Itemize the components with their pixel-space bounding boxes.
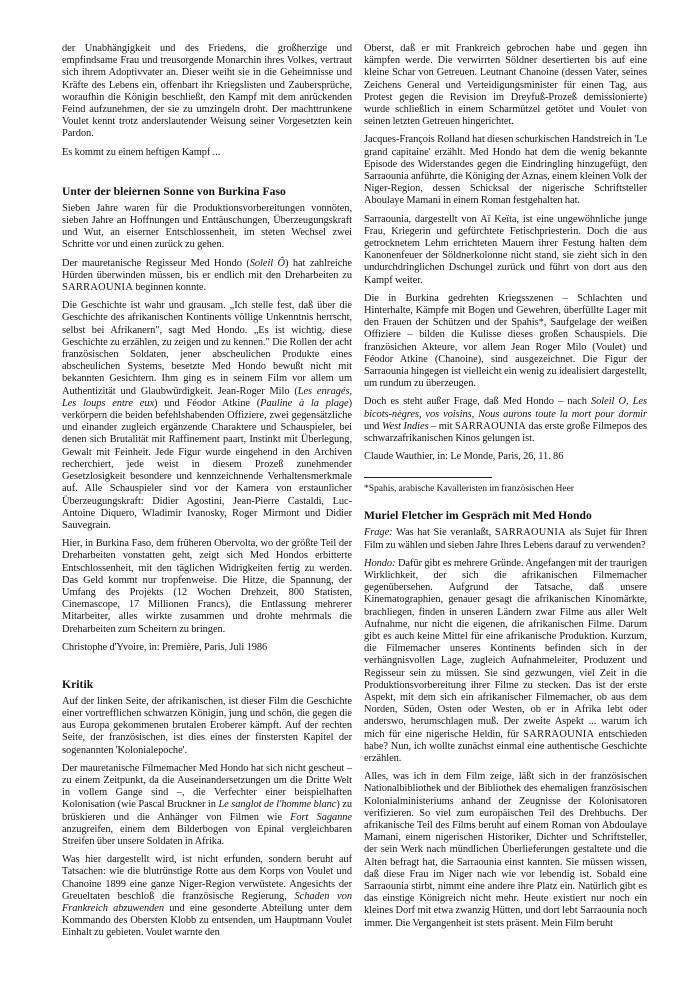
film-title: Pauline à la plage <box>260 398 348 409</box>
right-column: Oberst, daß er mit Frankreich gebrochen … <box>364 0 647 930</box>
section-heading-burkina: Unter der bleiernen Sonne von Burkina Fa… <box>62 185 352 199</box>
source-citation: Christophe d'Yvoire, in: Première, Paris… <box>62 642 352 654</box>
interview-answer: Alles, was ich in dem Film zeige, läßt s… <box>364 771 647 930</box>
intro-paragraph: der Unabhängigkeit und des Friedens, die… <box>62 43 352 141</box>
film-title: SARRAOUNIA <box>62 282 133 293</box>
interview-heading: Muriel Fletcher im Gespräch mit Med Hond… <box>364 509 647 523</box>
book-title: Le sanglot de l'homme blanc <box>218 799 336 810</box>
paragraph: Sarraounia, dargestellt von Aï Keïta, is… <box>364 214 647 287</box>
interview-answer: Hondo: Dafür gibt es mehrere Gründe. Ang… <box>364 558 647 765</box>
interview-question: Frage: Was hat Sie veranlaßt, SARRAOUNIA… <box>364 527 647 551</box>
speaker-label: Hondo: <box>364 558 395 569</box>
film-title: SARRAOUNIA <box>523 729 594 740</box>
paragraph: Die in Burkina gedrehten Kriegsszenen – … <box>364 293 647 391</box>
paragraph: Jacques-François Rolland hat diesen schu… <box>364 134 647 207</box>
paragraph: Was hier dargestellt wird, ist nicht erf… <box>62 854 352 939</box>
film-title: SARRAOUNIA <box>495 527 566 538</box>
source-citation: Claude Wauthier, in: Le Monde, Paris, 26… <box>364 451 647 463</box>
paragraph: Hier, in Burkina Faso, dem früheren Ober… <box>62 538 352 636</box>
film-title: Soleil Ô <box>250 258 285 269</box>
paragraph: Oberst, daß er mit Frankreich gebrochen … <box>364 43 647 128</box>
paragraph: Sieben Jahre waren für die Produktionsvo… <box>62 203 352 252</box>
film-title: Fort Saganne <box>290 812 352 823</box>
paragraph: Der mauretanische Regisseur Med Hondo (S… <box>62 258 352 295</box>
film-title: West Indies <box>382 421 429 432</box>
section-heading-kritik: Kritik <box>62 678 352 692</box>
paragraph: Der mauretanische Filmemacher Med Hondo … <box>62 763 352 848</box>
paragraph: Doch es steht außer Frage, daß Med Hondo… <box>364 396 647 445</box>
paragraph: Die Geschichte ist wahr und grausam. „Ic… <box>62 300 352 532</box>
speaker-label: Frage: <box>364 527 393 538</box>
intro-closing: Es kommt zu einem heftigen Kampf ... <box>62 147 352 159</box>
left-column: der Unabhängigkeit und des Friedens, die… <box>62 0 352 940</box>
footnote: *Spahis, arabische Kavalleristen im fran… <box>364 483 647 495</box>
film-title: SARRAOUNIA <box>455 421 526 432</box>
paragraph: Auf der linken Seite, der afrikanischen,… <box>62 696 352 757</box>
